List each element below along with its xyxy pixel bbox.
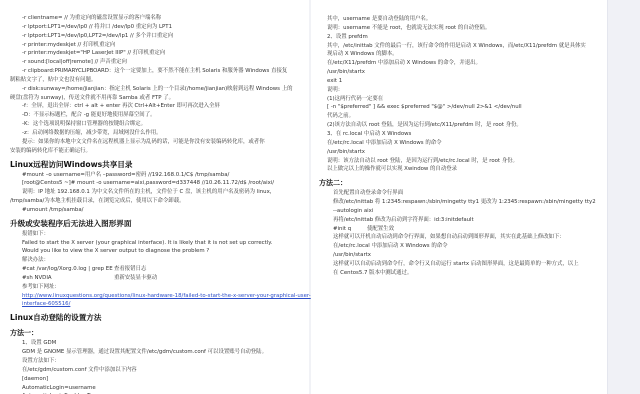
command: #init q: [333, 225, 367, 234]
text-line: 2、设置 prefdm: [327, 33, 601, 42]
text-line: 在/etc/X11/prefdm 中添加启动 X Windows 的命令，并退出…: [327, 59, 601, 68]
text-line: 设置方法如下：: [10, 357, 301, 366]
text-line: 这样就可以自动启动到命令行，命令行又自动运行 startx 启动图形界面，这是最…: [327, 260, 601, 269]
text-line: 参考如下网址：: [10, 283, 301, 292]
code-line: [root@Centos5 ~]# mount -o username=aixi…: [10, 179, 301, 188]
text-line: 现启动 X Windows 的脚本。: [327, 50, 601, 59]
text-line: /tmp/samba/为本地主机挂载目录，在浏览完成后，使用以下命令卸载。: [10, 197, 301, 206]
text-line: 解决办法：: [10, 256, 301, 265]
section-heading-graphical-failure: 升级或安装程序后无法进入图形界面: [10, 217, 301, 230]
command-row: #init q 使配置生效: [327, 225, 601, 234]
text-line: 说明：IP 地址 192.168.0.1 为中文名文件所在的主机，文件位于 C …: [10, 188, 301, 197]
text-line: -r clientname= // 为重定向的磁盘设置显示的客户端名称: [10, 14, 301, 23]
code-line: /usr/bin/startx: [327, 251, 601, 260]
rdesktop-options-block: -r clientname= // 为重定向的磁盘设置显示的客户端名称 -r l…: [10, 14, 301, 156]
code-line: --autologin aixi: [327, 207, 601, 216]
text-line: -r sound:[local|off|remote] // 声音重定向: [10, 58, 301, 67]
code-line: /usr/bin/startx: [327, 68, 601, 77]
command-row: #sh NVDIA 重新安装显卡驱动: [10, 274, 301, 283]
text-line: 其中，username 是要自动登陆的用户名。: [327, 15, 601, 24]
code-line: [ -n "$preferred" ] && exec $preferred "…: [327, 103, 601, 112]
text-line: 说明：username 不能是 root，也就说无法实现 root 的自动登陆。: [327, 24, 601, 33]
text-line: 1、设置 GDM: [10, 339, 301, 348]
text-line: 说明：: [327, 86, 601, 95]
text-line: 首先配置自动登录命令行界面: [327, 189, 601, 198]
document-page-right: 其中，username 是要自动登陆的用户名。 说明：username 不能是 …: [311, 0, 607, 394]
text-line: -r clipboard:PRIMARYCLIPBOARD：这个一定要加上，要不…: [10, 67, 301, 76]
section-heading-windows-share: Linux远程访问Windows共享目录: [10, 158, 301, 171]
command-description: 重新安装显卡驱动: [114, 274, 157, 283]
prefdm-block: 其中，username 是要自动登陆的用户名。 说明：username 不能是 …: [327, 15, 601, 174]
text-line: 再将/etc/inittab 修改为启动到字符界面：id:3:initdefau…: [327, 216, 601, 225]
text-line: 在/etc/rc.local 中添加启动 X Windows 的命令: [327, 242, 601, 251]
code-line: #mount –o username=用户名 –password=密码 //19…: [10, 171, 301, 180]
text-line: -f：全屏，退出全屏：ctrl + alt + enter 再次 Ctrl+Al…: [10, 102, 301, 111]
command-row: #cat /var/log/Xorg.0.log | grep EE 查看报错日…: [10, 265, 301, 274]
text-line: 在/etc/gdm/custom.conf 文件中添加以下内容: [10, 366, 301, 375]
text-line: 其中，/etc/inittab 文件的最后一行，该行命令的作用是启动 X Win…: [327, 42, 601, 51]
command: #sh NVDIA: [22, 274, 114, 283]
text-line: -r printer:mydeskjet="HP LaserJet IIIP" …: [10, 49, 301, 58]
reference-link[interactable]: http://www.linuxquestions.org/questions/…: [10, 292, 301, 301]
text-line: (2)该方法自动以 root 登陆，是因为运行到/etc/X11/prefdm …: [327, 121, 601, 130]
text-line: -r lptport:LPT1=/dev/lp0,LPT2=/dev/lp1 /…: [10, 32, 301, 41]
text-line: -r lptport:LPT1=/dev/lp0 // 将并口 /dev/lp0…: [10, 23, 301, 32]
reference-link-continued[interactable]: interface-605516/: [10, 300, 301, 309]
document-page-left: -r clientname= // 为重定向的磁盘设置显示的客户端名称 -r l…: [0, 0, 309, 394]
command-description: 查看报错日志: [114, 265, 146, 274]
text-line: 3、在 rc.local 中启动 X Windows: [327, 130, 601, 139]
command-description: 使配置生效: [367, 225, 394, 234]
autologin-method-two-block: 首先配置自动登录命令行界面 修改/etc/inittab 将 1:2345:re…: [327, 189, 601, 277]
code-line: [daemon]: [10, 375, 301, 384]
text-line: GDM 是 GNOME 显示管理器，通过设置其配置文件/etc/gdm/cust…: [10, 348, 301, 357]
text-line: -z：启动网络数据的压缩，减少带宽，局域网没什么作用。: [10, 129, 301, 138]
text-line: -r printer:mydeskjet // 打印机重定向: [10, 41, 301, 50]
viewer-gutter: [607, 0, 640, 394]
text-line: 提示：如果你的本地中文文件名在远程机器上显示为乱码的话，可能是你没有安装编码转化…: [10, 138, 301, 147]
text-line: -r disk:sunway=/home/jianjian：指定主机 Solar…: [10, 85, 301, 94]
text-line: 修改/etc/inittab 将 1:2345:respawn:/sbin/mi…: [327, 198, 601, 207]
error-line: Would you like to view the X server outp…: [10, 247, 301, 256]
code-line: AutomaticLogin=username: [10, 384, 301, 393]
command: #cat /var/log/Xorg.0.log | grep EE: [22, 265, 114, 274]
text-line: 安装的编码转化库不能正确运行。: [10, 147, 301, 156]
method-one-heading: 方法一：: [10, 327, 301, 339]
autologin-method-one-block: 1、设置 GDM GDM 是 GNOME 显示管理器，通过设置其配置文件/etc…: [10, 339, 301, 394]
text-line: 这样就可以开机自动启动到命令行界面，如果想自动启动到图形界面，其实在此基础上修改…: [327, 233, 601, 242]
text-line: 硬盘(盘符为 sunway)，传送文件就不用再靠 Samba 或者 FTP 了。: [10, 94, 301, 103]
code-line: exit 1: [327, 77, 601, 86]
text-line: 说明：该方法自动以 root 登陆，是因为运行到/etc/rc.local 时，…: [327, 157, 601, 166]
error-line: Failed to start the X server (your graph…: [10, 239, 301, 248]
text-line: (1)这两行代码一定要在: [327, 95, 601, 104]
text-line: 制粘贴文字了，贴中文也没有问题。: [10, 76, 301, 85]
text-line: 代码之前。: [327, 112, 601, 121]
code-line: #umount /tmp/samba/: [10, 206, 301, 215]
windows-share-block: #mount –o username=用户名 –password=密码 //19…: [10, 171, 301, 215]
text-line: 在/etc/rc.local 中添加启动 X Windows 的命令: [327, 139, 601, 148]
graphical-failure-block: 报错如下： Failed to start the X server (your…: [10, 230, 301, 310]
text-line: 报错如下：: [10, 230, 301, 239]
section-heading-autologin: Linux自动登陆的设置方法: [10, 311, 301, 324]
text-line: 以上做完以上的操作就可以实现 Xwindow 的自动登录: [327, 165, 601, 174]
text-line: -K：这个选项说明保持窗口管理器的按键组合绑定。: [10, 120, 301, 129]
code-line: /usr/bin/startx: [327, 148, 601, 157]
text-line: -D：不显示标题栏，配合 -g 能更好地使用屏幕空间了。: [10, 111, 301, 120]
text-line: 在 Centos5.7 版本中测试通过。: [327, 269, 601, 278]
method-two-heading: 方法二：: [319, 177, 601, 189]
